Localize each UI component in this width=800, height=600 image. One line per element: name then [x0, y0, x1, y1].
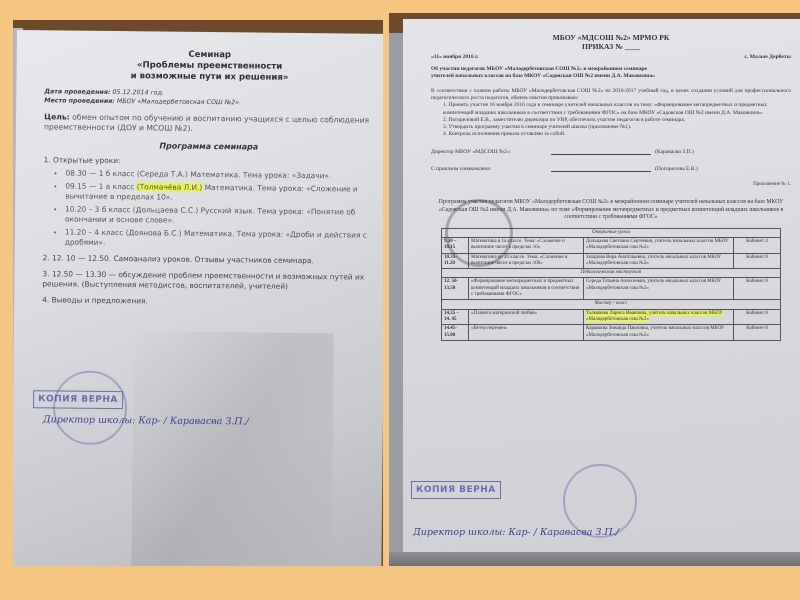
order-date: «11» ноября 2016 г. — [431, 54, 478, 60]
table-row: 14.45- 15.00«Ветер перемен»Каравасва Зин… — [442, 325, 781, 341]
place-label: Место проведения: — [44, 97, 115, 105]
signature-line — [551, 163, 651, 172]
date-value: 05.12.2014 год. — [112, 89, 164, 97]
program-title: Программа семинара — [44, 140, 374, 152]
program-section-4: 4. Выводы и предложения. — [42, 295, 372, 308]
lesson-item: 11.20 – 4 класс (Доянова Б.С.) Математик… — [65, 228, 373, 251]
cell-teacher: Дольцаева Светлана Сергеевна, учитель на… — [584, 237, 734, 253]
annex-label: Приложение № 1. — [431, 182, 791, 187]
open-lessons-list: 08.30 — 1 б класс (Середа Т.А.) Математи… — [43, 168, 374, 250]
signature-line — [551, 146, 651, 155]
cell-time: 14.25 – 14. 45 — [442, 309, 469, 325]
goal-label: Цель: — [44, 112, 70, 121]
seminar-program-text: Семинар «Проблемы преемственности и возм… — [42, 48, 375, 308]
cell-teacher: Толмачева Лариса Ивановна, учитель начал… — [584, 309, 734, 325]
acquainted-name: (Погорелова Е.В.) — [655, 166, 698, 172]
table-section-header: Мастер - класс — [442, 300, 781, 309]
order-intro: В соответствии с планом работы МБОУ «Мал… — [431, 88, 791, 102]
highlighted-teacher: (Толмачёва Л.И.) — [137, 182, 203, 192]
cell-room: Кабинет 4 — [734, 237, 781, 253]
order-item: 1. Принять участие 16 ноября 2016 года в… — [443, 102, 791, 116]
desk-shadow — [389, 552, 800, 566]
table-row: 12. 50- 13.50«Формирование метапредметны… — [442, 278, 781, 300]
photo-seminar-program: Семинар «Проблемы преемственности и возм… — [13, 20, 383, 566]
lesson-item: 08.30 — 1 б класс (Середа Т.А.) Математи… — [65, 169, 373, 182]
cell-room: Кабинет 8 — [734, 278, 781, 300]
director-signature-row: Директор МБОУ «МДСОШ №2»: (Каравасва З.П… — [431, 146, 791, 155]
copy-certified-stamp: КОПИЯ ВЕРНА — [33, 390, 123, 409]
program-section-3: 3. 12.50 — 13.30 — обсуждение проблем пр… — [42, 269, 372, 292]
table-section-header: Педагогическая мастерская — [442, 269, 781, 278]
order-number: ПРИКАЗ № ____ — [431, 42, 791, 51]
order-subject: Об участии педагогов МБОУ «Малодербетовс… — [431, 66, 671, 80]
lesson-item: 10.20 – 3 б класс (Дольцаева С.С.) Русск… — [65, 205, 373, 228]
cell-teacher: Захарова Вера Анатольевна, учитель начал… — [584, 253, 734, 269]
order-place: с. Малые Дербеты — [744, 54, 791, 60]
date-label: Дата проведения: — [44, 88, 110, 96]
copy-certified-stamp: КОПИЯ ВЕРНА — [411, 481, 501, 499]
highlighted-teacher: Толмачева Лариса Ивановна, учитель начал… — [586, 311, 723, 322]
title-line: и возможные пути их решения» — [44, 70, 374, 84]
table-row: 14.25 – 14. 45«Планета материнской любви… — [442, 309, 781, 325]
paper-fold-shadow — [131, 331, 334, 566]
place-value: МБОУ «Малодербетовская СОШ №2». — [117, 98, 241, 106]
cell-topic: «Планета материнской любви» — [469, 309, 584, 325]
acquainted-signature-row: С приказом ознакомлена: (Погорелова Е.В.… — [431, 163, 791, 172]
organization-header: МБОУ «МДСОШ №2» МРМО РК — [431, 33, 791, 42]
seminar-goal: Цель: обмен опытом по обучению и воспита… — [44, 112, 374, 135]
director-name: (Каравасва З.П.) — [655, 149, 694, 155]
section-title: Мастер - класс — [442, 300, 781, 309]
order-text: МБОУ «МДСОШ №2» МРМО РК ПРИКАЗ № ____ «1… — [431, 33, 791, 341]
seminar-title: Семинар «Проблемы преемственности и возм… — [44, 48, 374, 84]
cell-teacher: Середа Татьяна Алексеевна, учитель начал… — [584, 278, 734, 300]
round-seal-icon — [445, 199, 513, 267]
director-signature: Директор школы: Кар- / Каравасва З.П./ — [413, 527, 619, 538]
cell-room: Кабинет 8 — [734, 253, 781, 269]
director-signature: Директор школы: Кар- / Каравасва З.П./ — [43, 414, 249, 427]
cell-room: Кабинет 8 — [734, 309, 781, 325]
goal-text: обмен опытом по обучению и воспитанию уч… — [44, 113, 369, 133]
order-item: 2. Погореловой Е.В., заместителю директо… — [443, 117, 791, 124]
order-item: 4. Контроль исполнения приказа оставляю … — [443, 131, 791, 138]
cell-time: 14.45- 15.00 — [442, 325, 469, 341]
section-title: Педагогическая мастерская — [442, 269, 781, 278]
order-items: 1. Принять участие 16 ноября 2016 года в… — [431, 102, 791, 138]
order-dateline: «11» ноября 2016 г. с. Малые Дербеты — [431, 54, 791, 60]
cell-time: 12. 50- 13.50 — [442, 278, 469, 300]
acquainted-label: С приказом ознакомлена: — [431, 166, 551, 172]
director-label: Директор МБОУ «МДСОШ №2»: — [431, 149, 551, 155]
order-sheet: МБОУ «МДСОШ №2» МРМО РК ПРИКАЗ № ____ «1… — [403, 19, 800, 564]
cell-topic: «Формирование метапредметных и предметны… — [469, 278, 584, 300]
cell-topic: «Ветер перемен» — [469, 325, 584, 341]
lesson-item: 09.15 — 1 а класс (Толмачёва Л.И.) Матем… — [65, 182, 373, 205]
program-section-1: 1. Открытые уроки: — [44, 155, 374, 168]
seminar-program-sheet: Семинар «Проблемы преемственности и возм… — [13, 30, 383, 566]
photo-order-document: МБОУ «МДСОШ №2» МРМО РК ПРИКАЗ № ____ «1… — [389, 13, 800, 566]
cell-room: Кабинет 8 — [734, 325, 781, 341]
program-section-2: 2. 12. 10 — 12.50. Самоанализ уроков. От… — [43, 253, 373, 266]
cell-teacher: Каравасва Зинаида Павловна, учитель нача… — [584, 325, 734, 341]
